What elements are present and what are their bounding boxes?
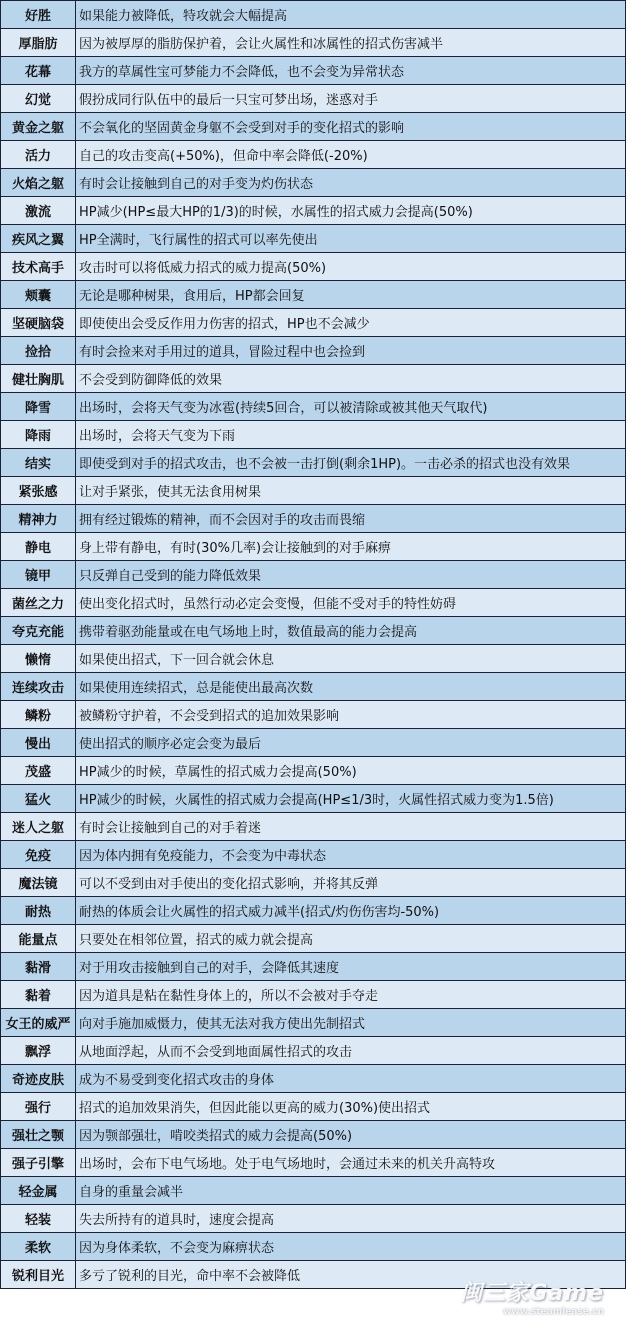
ability-description: 因为身体柔软，不会变为麻痹状态 <box>76 1233 626 1261</box>
ability-name: 镜甲 <box>1 561 76 589</box>
table-row: 紧张感让对手紧张，使其无法食用树果 <box>1 477 626 505</box>
table-row: 迷人之躯有时会让接触到自己的对手着迷 <box>1 813 626 841</box>
ability-description: HP减少的时候，火属性的招式威力会提高(HP≤1/3时，火属性招式威力变为1.5… <box>76 785 626 813</box>
ability-name: 花幕 <box>1 57 76 85</box>
ability-description: 有时会让接触到自己的对手着迷 <box>76 813 626 841</box>
ability-name: 精神力 <box>1 505 76 533</box>
ability-name: 黏着 <box>1 981 76 1009</box>
ability-name: 夸克充能 <box>1 617 76 645</box>
ability-description: 被鳞粉守护着，不会受到招式的追加效果影响 <box>76 701 626 729</box>
table-row: 火焰之躯有时会让接触到自己的对手变为灼伤状态 <box>1 169 626 197</box>
ability-name: 降雪 <box>1 393 76 421</box>
ability-description: 从地面浮起，从而不会受到地面属性招式的攻击 <box>76 1037 626 1065</box>
ability-name: 幻觉 <box>1 85 76 113</box>
ability-description: 如果能力被降低，特攻就会大幅提高 <box>76 1 626 29</box>
ability-description: 向对手施加威慑力，使其无法对我方使出先制招式 <box>76 1009 626 1037</box>
table-row: 慢出使出招式的顺序必定会变为最后 <box>1 729 626 757</box>
ability-description: 招式的追加效果消失，但因此能以更高的威力(30%)使出招式 <box>76 1093 626 1121</box>
table-row: 激流HP减少(HP≤最大HP的1/3)的时候，水属性的招式威力会提高(50%) <box>1 197 626 225</box>
ability-name: 迷人之躯 <box>1 813 76 841</box>
table-row: 飘浮从地面浮起，从而不会受到地面属性招式的攻击 <box>1 1037 626 1065</box>
watermark-url: www.steamlease.cn <box>460 1307 604 1317</box>
ability-description: 成为不易受到变化招式攻击的身体 <box>76 1065 626 1093</box>
ability-description: 有时会捡来对手用过的道具，冒险过程中也会捡到 <box>76 337 626 365</box>
table-row: 幻觉假扮成同行队伍中的最后一只宝可梦出场，迷惑对手 <box>1 85 626 113</box>
table-row: 捡拾有时会捡来对手用过的道具，冒险过程中也会捡到 <box>1 337 626 365</box>
table-row: 镜甲只反弹自己受到的能力降低效果 <box>1 561 626 589</box>
ability-name: 猛火 <box>1 785 76 813</box>
ability-description: 使出变化招式时，虽然行动必定会变慢，但能不受对手的特性妨碍 <box>76 589 626 617</box>
ability-description: 使出招式的顺序必定会变为最后 <box>76 729 626 757</box>
ability-description: 出场时，会将天气变为下雨 <box>76 421 626 449</box>
ability-name: 菌丝之力 <box>1 589 76 617</box>
table-row: 颊囊无论是哪种树果，食用后，HP都会回复 <box>1 281 626 309</box>
ability-name: 强行 <box>1 1093 76 1121</box>
ability-description: 只要处在相邻位置，招式的威力就会提高 <box>76 925 626 953</box>
ability-name: 捡拾 <box>1 337 76 365</box>
table-row: 结实即使受到对手的招式攻击，也不会被一击打倒(剩余1HP)。一击必杀的招式也没有… <box>1 449 626 477</box>
ability-table-body: 好胜如果能力被降低，特攻就会大幅提高厚脂肪因为被厚厚的脂肪保护着，会让火属性和冰… <box>1 1 626 1289</box>
table-row: 厚脂肪因为被厚厚的脂肪保护着，会让火属性和冰属性的招式伤害减半 <box>1 29 626 57</box>
ability-description: 身上带有静电，有时(30%几率)会让接触到的对手麻痹 <box>76 533 626 561</box>
ability-description: 因为体内拥有免疫能力，不会变为中毒状态 <box>76 841 626 869</box>
ability-name: 锐利目光 <box>1 1261 76 1289</box>
ability-description: HP全满时，飞行属性的招式可以率先使出 <box>76 225 626 253</box>
ability-description: HP减少(HP≤最大HP的1/3)的时候，水属性的招式威力会提高(50%) <box>76 197 626 225</box>
ability-name: 技术高手 <box>1 253 76 281</box>
table-row: 健壮胸肌不会受到防御降低的效果 <box>1 365 626 393</box>
ability-name: 厚脂肪 <box>1 29 76 57</box>
table-row: 魔法镜可以不受到由对手使出的变化招式影响，并将其反弹 <box>1 869 626 897</box>
ability-name: 魔法镜 <box>1 869 76 897</box>
ability-name: 鳞粉 <box>1 701 76 729</box>
ability-description: 即使受到对手的招式攻击，也不会被一击打倒(剩余1HP)。一击必杀的招式也没有效果 <box>76 449 626 477</box>
ability-name: 茂盛 <box>1 757 76 785</box>
ability-description: 自己的攻击变高(+50%)，但命中率会降低(-20%) <box>76 141 626 169</box>
table-row: 强子引擎出场时，会布下电气场地。处于电气场地时，会通过未来的机关升高特攻 <box>1 1149 626 1177</box>
ability-name: 好胜 <box>1 1 76 29</box>
table-row: 降雨出场时，会将天气变为下雨 <box>1 421 626 449</box>
table-row: 奇迹皮肤成为不易受到变化招式攻击的身体 <box>1 1065 626 1093</box>
ability-name: 奇迹皮肤 <box>1 1065 76 1093</box>
ability-name: 能量点 <box>1 925 76 953</box>
ability-description: 如果使出招式，下一回合就会休息 <box>76 645 626 673</box>
ability-description: 即使使出会受反作用力伤害的招式，HP也不会减少 <box>76 309 626 337</box>
table-row: 黏滑对于用攻击接触到自己的对手，会降低其速度 <box>1 953 626 981</box>
ability-description: 有时会让接触到自己的对手变为灼伤状态 <box>76 169 626 197</box>
ability-description: 让对手紧张，使其无法食用树果 <box>76 477 626 505</box>
table-row: 连续攻击如果使用连续招式，总是能使出最高次数 <box>1 673 626 701</box>
table-row: 黏着因为道具是粘在黏性身体上的，所以不会被对手夺走 <box>1 981 626 1009</box>
ability-name: 静电 <box>1 533 76 561</box>
table-row: 降雪出场时，会将天气变为冰雹(持续5回合，可以被清除或被其他天气取代) <box>1 393 626 421</box>
table-row: 耐热耐热的体质会让火属性的招式威力减半(招式/灼伤伤害均-50%) <box>1 897 626 925</box>
ability-description: 不会氧化的坚固黄金身躯不会受到对手的变化招式的影响 <box>76 113 626 141</box>
table-row: 强壮之颚因为颚部强壮，啃咬类招式的威力会提高(50%) <box>1 1121 626 1149</box>
ability-description: 对于用攻击接触到自己的对手，会降低其速度 <box>76 953 626 981</box>
ability-name: 坚硬脑袋 <box>1 309 76 337</box>
table-row: 免疫因为体内拥有免疫能力，不会变为中毒状态 <box>1 841 626 869</box>
ability-description: 拥有经过锻炼的精神，而不会因对手的攻击而畏缩 <box>76 505 626 533</box>
ability-name: 耐热 <box>1 897 76 925</box>
ability-name: 女王的威严 <box>1 1009 76 1037</box>
table-row: 锐利目光多亏了锐利的目光，命中率不会被降低 <box>1 1261 626 1289</box>
table-row: 柔软因为身体柔软，不会变为麻痹状态 <box>1 1233 626 1261</box>
table-row: 猛火HP减少的时候，火属性的招式威力会提高(HP≤1/3时，火属性招式威力变为1… <box>1 785 626 813</box>
ability-description: 出场时，会将天气变为冰雹(持续5回合，可以被清除或被其他天气取代) <box>76 393 626 421</box>
ability-description: 我方的草属性宝可梦能力不会降低，也不会变为异常状态 <box>76 57 626 85</box>
ability-description: 多亏了锐利的目光，命中率不会被降低 <box>76 1261 626 1289</box>
ability-description: 只反弹自己受到的能力降低效果 <box>76 561 626 589</box>
ability-name: 健壮胸肌 <box>1 365 76 393</box>
table-row: 能量点只要处在相邻位置，招式的威力就会提高 <box>1 925 626 953</box>
ability-description: 因为颚部强壮，啃咬类招式的威力会提高(50%) <box>76 1121 626 1149</box>
table-row: 鳞粉被鳞粉守护着，不会受到招式的追加效果影响 <box>1 701 626 729</box>
ability-description: 不会受到防御降低的效果 <box>76 365 626 393</box>
table-row: 疾风之翼HP全满时，飞行属性的招式可以率先使出 <box>1 225 626 253</box>
table-row: 懒惰如果使出招式，下一回合就会休息 <box>1 645 626 673</box>
table-row: 精神力拥有经过锻炼的精神，而不会因对手的攻击而畏缩 <box>1 505 626 533</box>
table-row: 茂盛HP减少的时候，草属性的招式威力会提高(50%) <box>1 757 626 785</box>
ability-name: 柔软 <box>1 1233 76 1261</box>
table-row: 黄金之躯不会氧化的坚固黄金身躯不会受到对手的变化招式的影响 <box>1 113 626 141</box>
ability-name: 活力 <box>1 141 76 169</box>
ability-description: 出场时，会布下电气场地。处于电气场地时，会通过未来的机关升高特攻 <box>76 1149 626 1177</box>
ability-name: 结实 <box>1 449 76 477</box>
ability-name: 激流 <box>1 197 76 225</box>
ability-name: 连续攻击 <box>1 673 76 701</box>
table-row: 夸克充能携带着驱劲能量或在电气场地上时，数值最高的能力会提高 <box>1 617 626 645</box>
ability-description: 无论是哪种树果，食用后，HP都会回复 <box>76 281 626 309</box>
ability-description: HP减少的时候，草属性的招式威力会提高(50%) <box>76 757 626 785</box>
table-row: 好胜如果能力被降低，特攻就会大幅提高 <box>1 1 626 29</box>
ability-name: 黄金之躯 <box>1 113 76 141</box>
ability-name: 黏滑 <box>1 953 76 981</box>
ability-description: 假扮成同行队伍中的最后一只宝可梦出场，迷惑对手 <box>76 85 626 113</box>
ability-name: 疾风之翼 <box>1 225 76 253</box>
ability-name: 免疫 <box>1 841 76 869</box>
table-row: 女王的威严向对手施加威慑力，使其无法对我方使出先制招式 <box>1 1009 626 1037</box>
ability-description: 如果使用连续招式，总是能使出最高次数 <box>76 673 626 701</box>
ability-description: 携带着驱劲能量或在电气场地上时，数值最高的能力会提高 <box>76 617 626 645</box>
ability-name: 强壮之颚 <box>1 1121 76 1149</box>
ability-description: 攻击时可以将低威力招式的威力提高(50%) <box>76 253 626 281</box>
ability-name: 颊囊 <box>1 281 76 309</box>
ability-name: 降雨 <box>1 421 76 449</box>
ability-name: 懒惰 <box>1 645 76 673</box>
ability-name: 紧张感 <box>1 477 76 505</box>
table-row: 坚硬脑袋即使使出会受反作用力伤害的招式，HP也不会减少 <box>1 309 626 337</box>
ability-table: 好胜如果能力被降低，特攻就会大幅提高厚脂肪因为被厚厚的脂肪保护着，会让火属性和冰… <box>0 0 626 1289</box>
ability-description: 耐热的体质会让火属性的招式威力减半(招式/灼伤伤害均-50%) <box>76 897 626 925</box>
ability-name: 飘浮 <box>1 1037 76 1065</box>
table-row: 技术高手攻击时可以将低威力招式的威力提高(50%) <box>1 253 626 281</box>
ability-name: 轻金属 <box>1 1177 76 1205</box>
table-row: 静电身上带有静电，有时(30%几率)会让接触到的对手麻痹 <box>1 533 626 561</box>
ability-description: 可以不受到由对手使出的变化招式影响，并将其反弹 <box>76 869 626 897</box>
table-row: 轻装失去所持有的道具时，速度会提高 <box>1 1205 626 1233</box>
table-row: 菌丝之力使出变化招式时，虽然行动必定会变慢，但能不受对手的特性妨碍 <box>1 589 626 617</box>
ability-description: 因为道具是粘在黏性身体上的，所以不会被对手夺走 <box>76 981 626 1009</box>
table-row: 花幕我方的草属性宝可梦能力不会降低，也不会变为异常状态 <box>1 57 626 85</box>
ability-name: 强子引擎 <box>1 1149 76 1177</box>
table-row: 活力自己的攻击变高(+50%)，但命中率会降低(-20%) <box>1 141 626 169</box>
ability-name: 轻装 <box>1 1205 76 1233</box>
table-row: 强行招式的追加效果消失，但因此能以更高的威力(30%)使出招式 <box>1 1093 626 1121</box>
ability-name: 火焰之躯 <box>1 169 76 197</box>
table-row: 轻金属自身的重量会减半 <box>1 1177 626 1205</box>
ability-name: 慢出 <box>1 729 76 757</box>
ability-description: 失去所持有的道具时，速度会提高 <box>76 1205 626 1233</box>
ability-description: 自身的重量会减半 <box>76 1177 626 1205</box>
ability-description: 因为被厚厚的脂肪保护着，会让火属性和冰属性的招式伤害减半 <box>76 29 626 57</box>
